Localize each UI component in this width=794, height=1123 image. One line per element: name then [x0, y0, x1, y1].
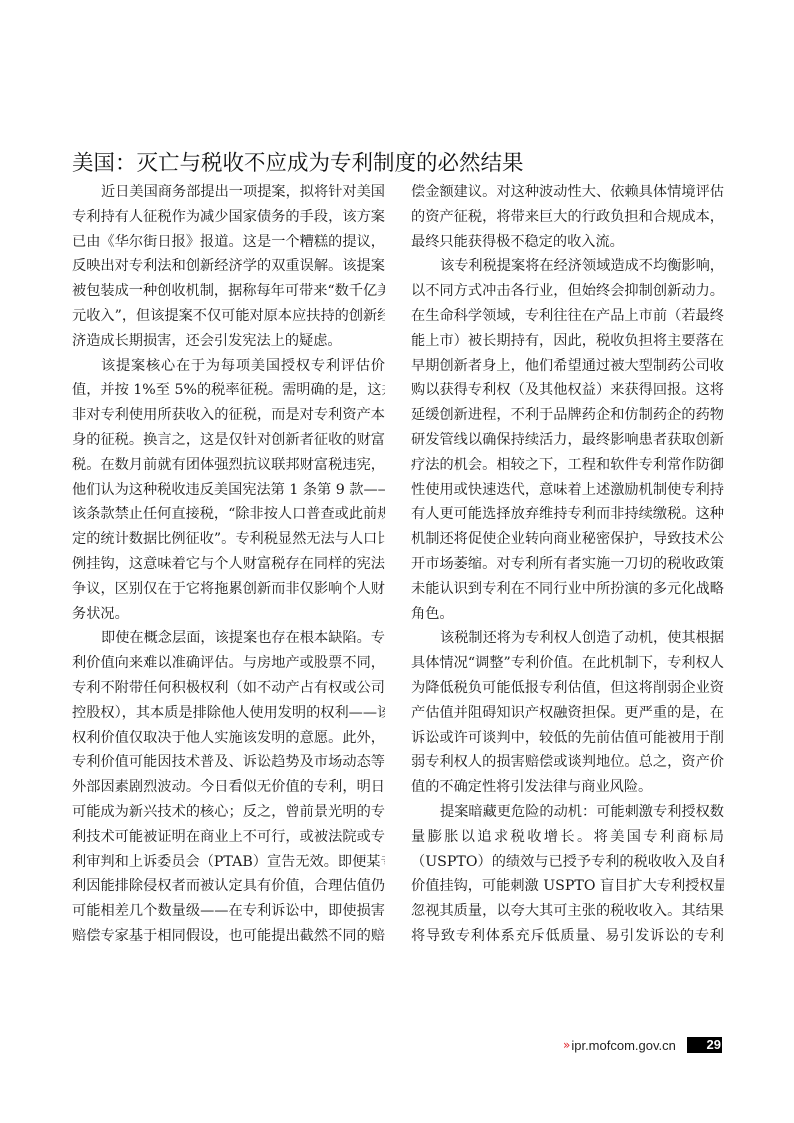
text-line: 利技术可能被证明在商业上不可行，或被法院或专: [72, 825, 385, 850]
text-line: 忽视其质量，以夸大其可主张的税收收入。其结果: [411, 899, 724, 924]
text-line: 诉讼或许可谈判中，较低的先前估值可能被用于削: [411, 726, 724, 751]
text-line: 在生命科学领域，专利往往在产品上市前（若最终: [411, 304, 724, 329]
text-line: 非对专利使用所获收入的征税，而是对专利资产本: [72, 403, 385, 428]
text-line: 疗法的机会。相较之下，工程和软件专利常作防御: [411, 453, 724, 478]
text-line: 权利价值仅取决于他人实施该发明的意愿。此外，: [72, 726, 385, 751]
text-line: 具体情况“调整”专利价值。在此机制下，专利权人: [411, 651, 724, 676]
text-line: 角色。: [411, 602, 724, 627]
right-column: 偿金额建议。对这种波动性大、依赖具体情境评估的资产征税，将带来巨大的行政负担和合…: [411, 180, 724, 949]
text-line: 值，并按 1%至 5%的税率征税。需明确的是，这并: [72, 378, 385, 403]
text-line: 外部因素剧烈波动。今日看似无价值的专利，明日: [72, 775, 385, 800]
text-line: 最终只能获得极不稳定的收入流。: [411, 230, 724, 255]
site-link[interactable]: ipr.mofcom.gov.cn: [571, 1038, 676, 1053]
text-line: 将导致专利体系充斥低质量、易引发诉讼的专利: [411, 924, 724, 949]
text-line: 的资产征税，将带来巨大的行政负担和合规成本，: [411, 205, 724, 230]
text-line: 提案暗藏更危险的动机：可能刺激专利授权数: [411, 800, 724, 825]
text-line: 税。在数月前就有团体强烈抗议联邦财富税违宪，: [72, 453, 385, 478]
text-line: 控股权），其本质是排除他人使用发明的权利——该: [72, 701, 385, 726]
text-line: 济造成长期损害，还会引发宪法上的疑虑。: [72, 329, 385, 354]
text-line: 例挂钩，这意味着它与个人财富税存在同样的宪法: [72, 552, 385, 577]
text-line: 为降低税负可能低报专利估值，但这将削弱企业资: [411, 676, 724, 701]
text-line: 利审判和上诉委员会（PTAB）宣告无效。即便某专: [72, 850, 385, 875]
text-line: 量膨胀以追求税收增长。将美国专利商标局: [411, 825, 724, 850]
text-line: 价值挂钩，可能刺激 USPTO 盲目扩大专利授权量而: [411, 874, 724, 899]
text-line: 机制还将促使企业转向商业秘密保护，导致技术公: [411, 527, 724, 552]
double-chevron-right-icon: »: [563, 1038, 568, 1052]
page-number: 29: [687, 1037, 722, 1053]
text-line: 以不同方式冲击各行业，但始终会抑制创新动力。: [411, 279, 724, 304]
text-line: 可能相差几个数量级——在专利诉讼中，即使损害: [72, 899, 385, 924]
text-line: 早期创新者身上，他们希望通过被大型制药公司收: [411, 354, 724, 379]
text-line: 可能成为新兴技术的核心；反之，曾前景光明的专: [72, 800, 385, 825]
text-line: 研发管线以确保持续活力，最终影响患者获取创新: [411, 428, 724, 453]
text-line: 偿金额建议。对这种波动性大、依赖具体情境评估: [411, 180, 724, 205]
left-column: 近日美国商务部提出一项提案，拟将针对美国专利持有人征税作为减少国家债务的手段，该…: [72, 180, 385, 949]
text-line: 近日美国商务部提出一项提案，拟将针对美国: [72, 180, 385, 205]
text-line: 争议，区别仅在于它将拖累创新而非仅影响个人财: [72, 577, 385, 602]
text-line: 身的征税。换言之，这是仅针对创新者征收的财富: [72, 428, 385, 453]
text-line: 延缓创新进程，不利于品牌药企和仿制药企的药物: [411, 403, 724, 428]
footer: » ipr.mofcom.gov.cn: [563, 1036, 676, 1054]
text-line: 定的统计数据比例征收”。专利税显然无法与人口比: [72, 527, 385, 552]
text-line: 元收入”，但该提案不仅可能对原本应扶持的创新经: [72, 304, 385, 329]
text-line: 该专利税提案将在经济领域造成不均衡影响，: [411, 254, 724, 279]
text-line: 未能认识到专利在不同行业中所扮演的多元化战略: [411, 577, 724, 602]
text-line: 有人更可能选择放弃维持专利而非持续缴税。这种: [411, 502, 724, 527]
text-line: 该条款禁止任何直接税，“除非按人口普查或此前规: [72, 502, 385, 527]
text-line: 该提案核心在于为每项美国授权专利评估价: [72, 354, 385, 379]
text-line: 即使在概念层面，该提案也存在根本缺陷。专: [72, 626, 385, 651]
article-title: 美国：灭亡与税收不应成为专利制度的必然结果: [72, 146, 524, 177]
text-line: 产估值并阻碍知识产权融资担保。更严重的是，在: [411, 701, 724, 726]
text-line: 专利价值可能因技术普及、诉讼趋势及市场动态等: [72, 750, 385, 775]
text-line: 利价值向来难以准确评估。与房地产或股票不同，: [72, 651, 385, 676]
text-line: 值的不确定性将引发法律与商业风险。: [411, 775, 724, 800]
text-line: 务状况。: [72, 602, 385, 627]
text-line: 他们认为这种税收违反美国宪法第 1 条第 9 款——: [72, 478, 385, 503]
text-line: 性使用或快速迭代，意味着上述激励机制使专利持: [411, 478, 724, 503]
text-line: 能上市）被长期持有，因此，税收负担将主要落在: [411, 329, 724, 354]
text-line: 开市场萎缩。对专利所有者实施一刀切的税收政策: [411, 552, 724, 577]
text-line: 弱专利权人的损害赔偿或谈判地位。总之，资产价: [411, 750, 724, 775]
text-line: （USPTO）的绩效与已授予专利的税收收入及自称: [411, 850, 724, 875]
text-line: 利因能排除侵权者而被认定具有价值，合理估值仍: [72, 874, 385, 899]
text-line: 反映出对专利法和创新经济学的双重误解。该提案: [72, 254, 385, 279]
text-line: 已由《华尔街日报》报道。这是一个糟糕的提议，: [72, 230, 385, 255]
text-line: 被包装成一种创收机制，据称每年可带来“数千亿美: [72, 279, 385, 304]
text-line: 专利持有人征税作为减少国家债务的手段，该方案: [72, 205, 385, 230]
text-line: 该税制还将为专利权人创造了动机，使其根据: [411, 626, 724, 651]
text-line: 专利不附带任何积极权利（如不动产占有权或公司: [72, 676, 385, 701]
text-line: 购以获得专利权（及其他权益）来获得回报。这将: [411, 378, 724, 403]
text-line: 赔偿专家基于相同假设，也可能提出截然不同的赔: [72, 924, 385, 949]
